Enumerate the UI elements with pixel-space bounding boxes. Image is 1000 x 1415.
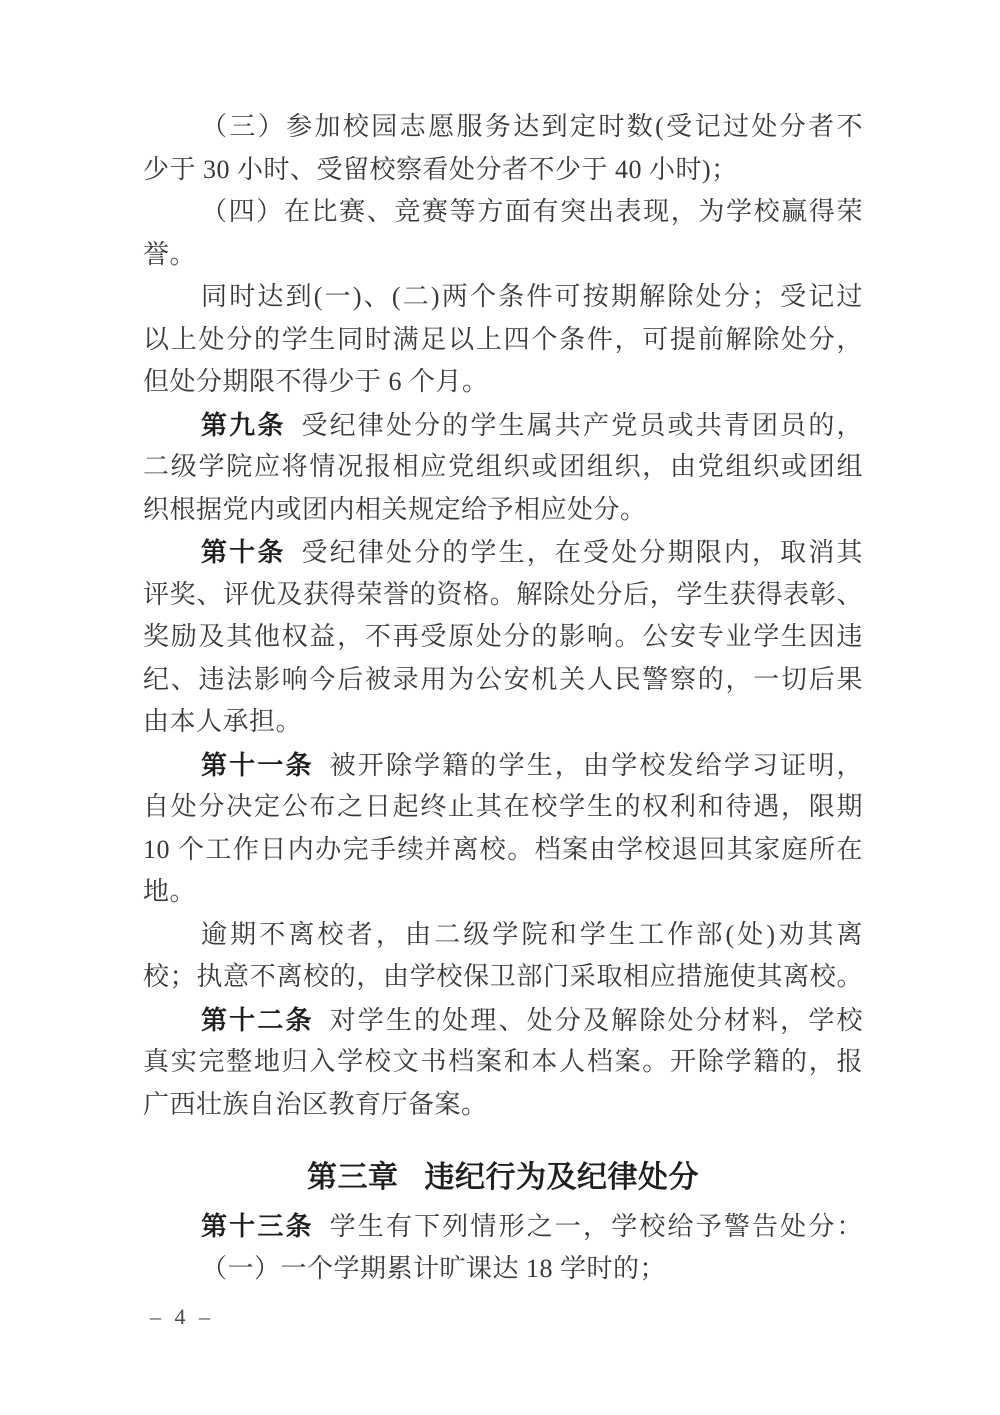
text-line: 第九条受纪律处分的学生属共产党员或共青团员的，: [143, 404, 863, 447]
text-line: 自处分决定公布之日起终止其在校学生的权利和待遇，限期: [143, 786, 863, 829]
line-text: 真实完整地归入学校文书档案和本人档案。开除学籍的，报: [143, 1047, 863, 1076]
text-line: （三）参加校园志愿服务达到定时数(受记过处分者不: [143, 106, 863, 149]
article-number: 第十三条: [201, 1211, 314, 1241]
line-text: （三）参加校园志愿服务达到定时数(受记过处分者不: [201, 112, 863, 141]
text-line: 逾期不离校者，由二级学院和学生工作部(处)劝其离: [143, 914, 863, 957]
article-number: 第十一条: [201, 750, 314, 780]
line-text: 广西壮族自治区教育厅备案。: [143, 1090, 488, 1119]
text-line: 纪、违法影响今后被录用为公安机关人民警察的，一切后果: [143, 659, 863, 702]
text-line: 评奖、评优及获得荣誉的资格。解除处分后，学生获得表彰、: [143, 574, 863, 617]
line-text: 奖励及其他权益，不再受原处分的影响。公安专业学生因违: [143, 622, 863, 651]
line-text: 誉。: [143, 240, 196, 269]
text-line: 真实完整地归入学校文书档案和本人档案。开除学籍的，报: [143, 1041, 863, 1084]
text-line: 第十一条被开除学籍的学生，由学校发给学习证明，: [143, 744, 863, 787]
line-text: 被开除学籍的学生，由学校发给学习证明，: [330, 751, 863, 780]
text-line: 誉。: [143, 234, 863, 277]
line-text: 织根据党内或团内相关规定给予相应处分。: [143, 495, 647, 524]
line-text: 二级学院应将情况报相应党组织或团组织，由党组织或团组: [143, 452, 863, 481]
text-line: 第十三条学生有下列情形之一，学校给予警告处分：: [143, 1205, 863, 1248]
line-text: 自处分决定公布之日起终止其在校学生的权利和待遇，限期: [143, 792, 863, 821]
line-text: 校；执意不离校的，由学校保卫部门采取相应措施使其离校。: [143, 962, 863, 991]
text-line: 织根据党内或团内相关规定给予相应处分。: [143, 489, 863, 532]
article-number: 第九条: [201, 410, 285, 440]
line-text: 由本人承担。: [143, 707, 302, 736]
line-text: 评奖、评优及获得荣誉的资格。解除处分后，学生获得表彰、: [143, 580, 863, 609]
text-line: 第十条受纪律处分的学生，在受处分期限内，取消其: [143, 531, 863, 574]
line-text: 纪、违法影响今后被录用为公安机关人民警察的，一切后果: [143, 665, 863, 694]
text-line: （四）在比赛、竞赛等方面有突出表现，为学校赢得荣: [143, 191, 863, 234]
text-line: 以上处分的学生同时满足以上四个条件，可提前解除处分，: [143, 319, 863, 362]
text-line: 但处分期限不得少于 6 个月。: [143, 361, 863, 404]
text-line: 地。: [143, 871, 863, 914]
text-line: 10 个工作日内办完手续并离校。档案由学校退回其家庭所在: [143, 829, 863, 872]
line-text: 少于 30 小时、受留校察看处分者不少于 40 小时)；: [143, 155, 738, 184]
line-text: 对学生的处理、处分及解除处分材料，学校: [330, 1006, 863, 1035]
text-line: 校；执意不离校的，由学校保卫部门采取相应措施使其离校。: [143, 956, 863, 999]
text-line: 由本人承担。: [143, 701, 863, 744]
chapter-number: 第三章: [307, 1161, 399, 1194]
line-text: 但处分期限不得少于 6 个月。: [143, 367, 489, 396]
line-text: （一）一个学期累计旷课达 18 学时的；: [201, 1254, 666, 1283]
text-line: 二级学院应将情况报相应党组织或团组织，由党组织或团组: [143, 446, 863, 489]
page-number: – 4 –: [150, 1304, 214, 1330]
line-text: 学生有下列情形之一，学校给予警告处分：: [330, 1212, 863, 1241]
chapter-heading: 第三章违纪行为及纪律处分: [143, 1156, 863, 1200]
text-line: 同时达到(一)、(二)两个条件可按期解除处分；受记过: [143, 276, 863, 319]
text-line: 少于 30 小时、受留校察看处分者不少于 40 小时)；: [143, 149, 863, 192]
text-line: 奖励及其他权益，不再受原处分的影响。公安专业学生因违: [143, 616, 863, 659]
line-text: 违纪行为及纪律处分: [425, 1161, 700, 1194]
line-text: 以上处分的学生同时满足以上四个条件，可提前解除处分，: [143, 325, 863, 354]
text-line: 第十二条对学生的处理、处分及解除处分材料，学校: [143, 999, 863, 1042]
line-text: 同时达到(一)、(二)两个条件可按期解除处分；受记过: [201, 282, 863, 311]
article-number: 第十二条: [201, 1005, 314, 1035]
document-page: （三）参加校园志愿服务达到定时数(受记过处分者不少于 30 小时、受留校察看处分…: [0, 0, 1000, 1415]
line-text: （四）在比赛、竞赛等方面有突出表现，为学校赢得荣: [201, 197, 863, 226]
line-text: 逾期不离校者，由二级学院和学生工作部(处)劝其离: [201, 920, 863, 949]
line-text: 地。: [143, 877, 196, 906]
line-text: 受纪律处分的学生属共产党员或共青团员的，: [301, 411, 863, 440]
article-number: 第十条: [201, 537, 285, 567]
text-line: （一）一个学期累计旷课达 18 学时的；: [143, 1248, 863, 1291]
line-text: 受纪律处分的学生，在受处分期限内，取消其: [301, 538, 863, 567]
text-line: 广西壮族自治区教育厅备案。: [143, 1084, 863, 1127]
line-text: 10 个工作日内办完手续并离校。档案由学校退回其家庭所在: [143, 835, 863, 864]
document-body: （三）参加校园志愿服务达到定时数(受记过处分者不少于 30 小时、受留校察看处分…: [143, 106, 863, 1290]
